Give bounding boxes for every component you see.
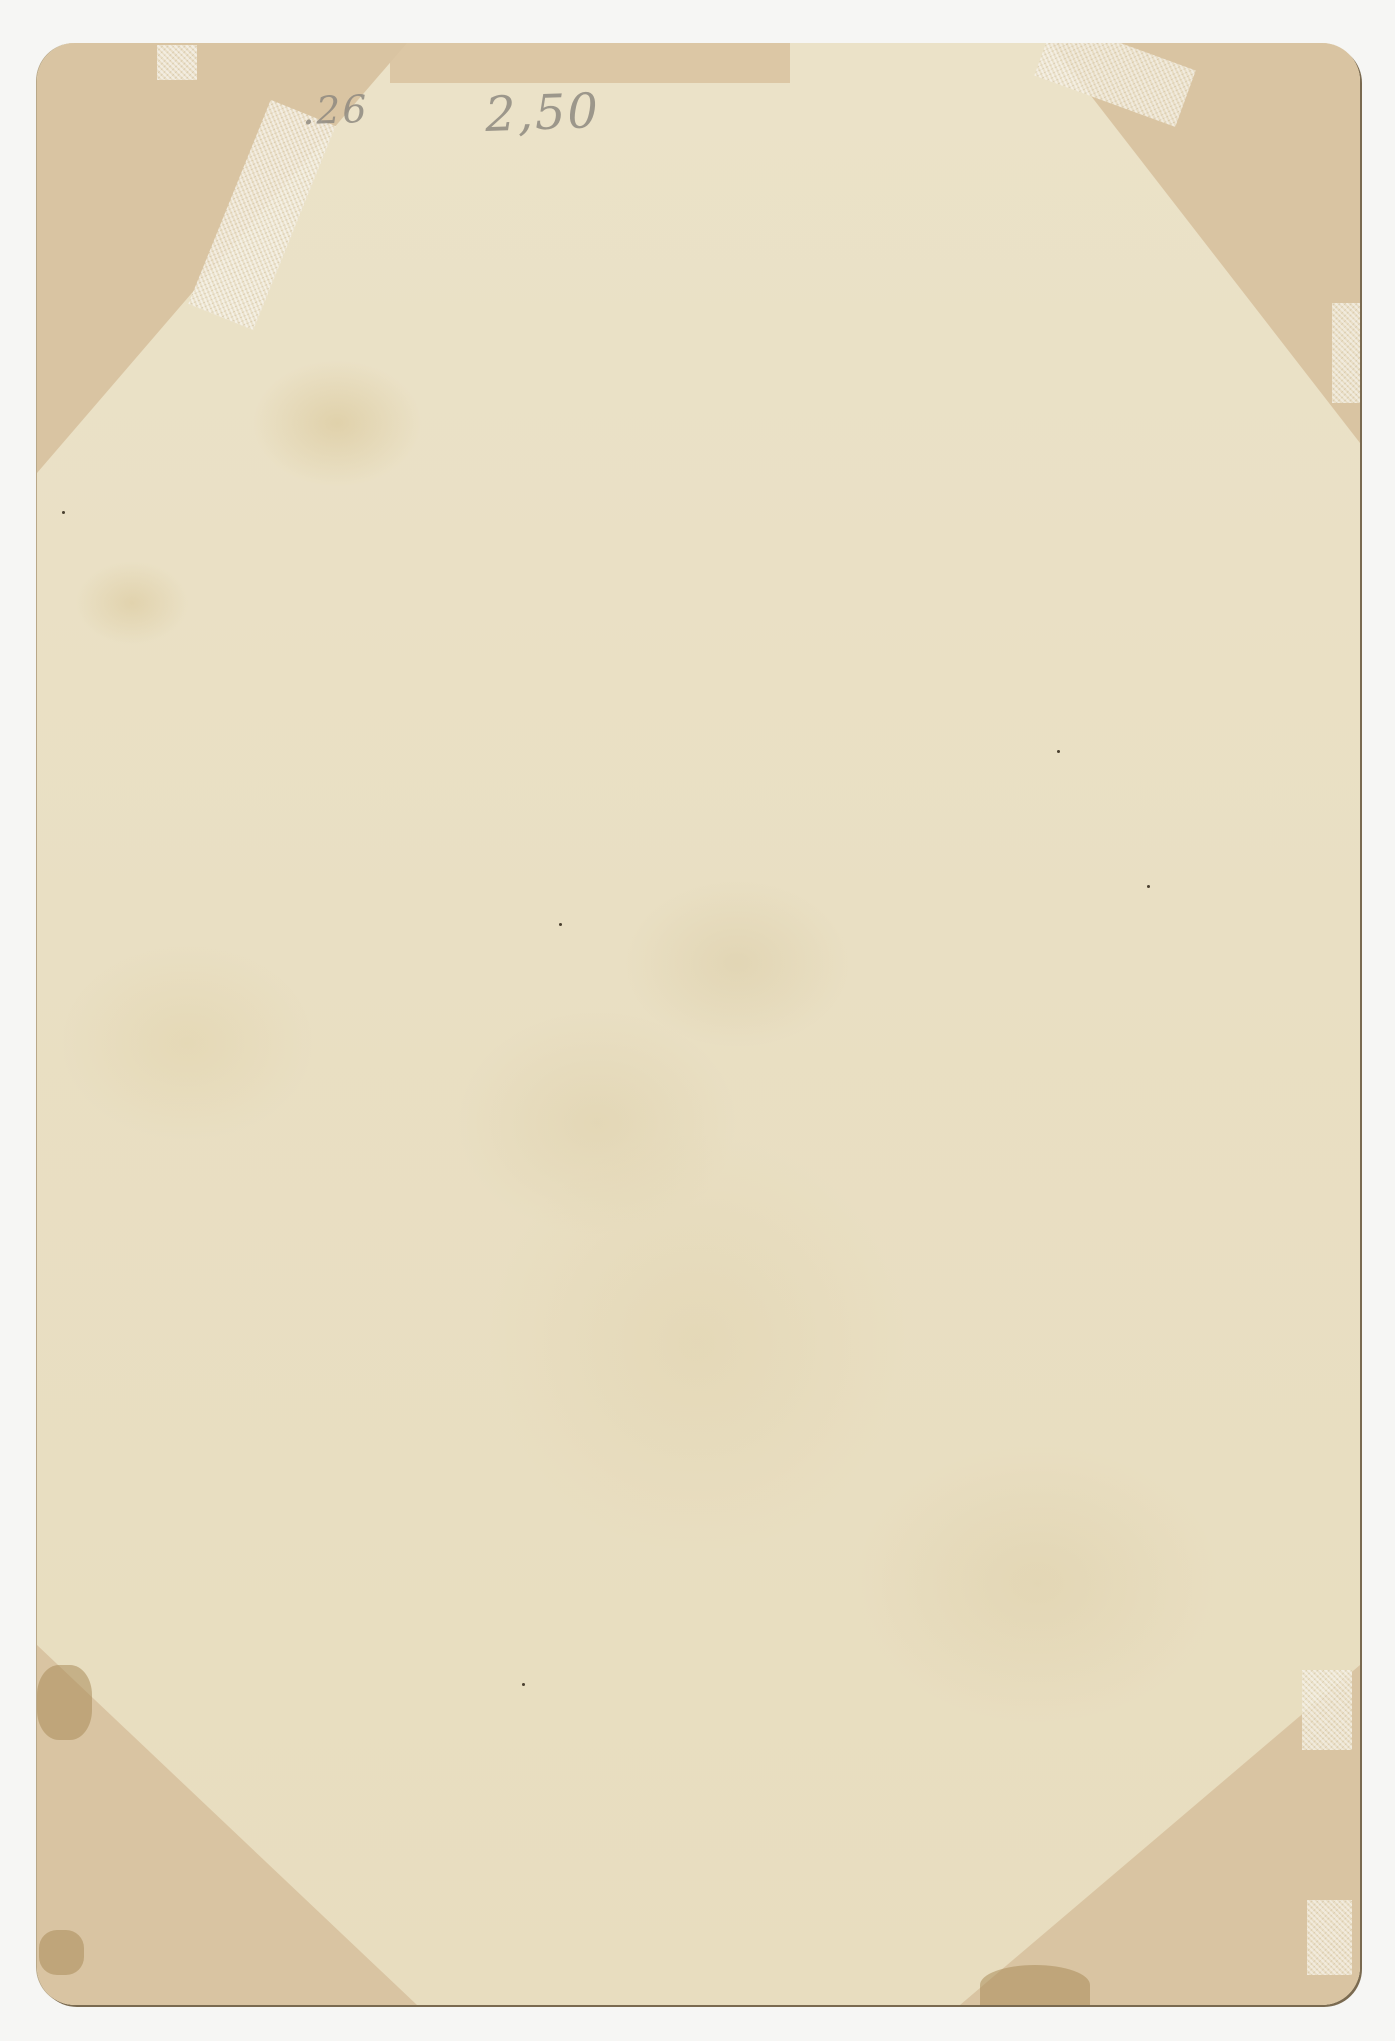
cabinet-card-back: .26 2,50 <box>37 43 1360 2005</box>
brown-stain <box>39 1930 84 1975</box>
card-face <box>37 43 1360 2005</box>
speck <box>559 923 562 926</box>
fabric-weave-remnant <box>1332 303 1360 403</box>
speck <box>1057 750 1060 753</box>
speck <box>62 511 65 514</box>
brown-stain <box>980 1965 1090 2005</box>
brown-stain <box>37 1665 92 1740</box>
torn-top-strip <box>390 43 790 83</box>
pencil-note-lot-number: .26 <box>301 87 369 133</box>
speck <box>522 1683 525 1686</box>
pencil-note-price: 2,50 <box>484 83 601 143</box>
speck <box>1147 885 1150 888</box>
fabric-weave-remnant <box>157 45 197 80</box>
fabric-weave-remnant <box>1302 1670 1352 1750</box>
fabric-weave-remnant <box>1307 1900 1352 1975</box>
